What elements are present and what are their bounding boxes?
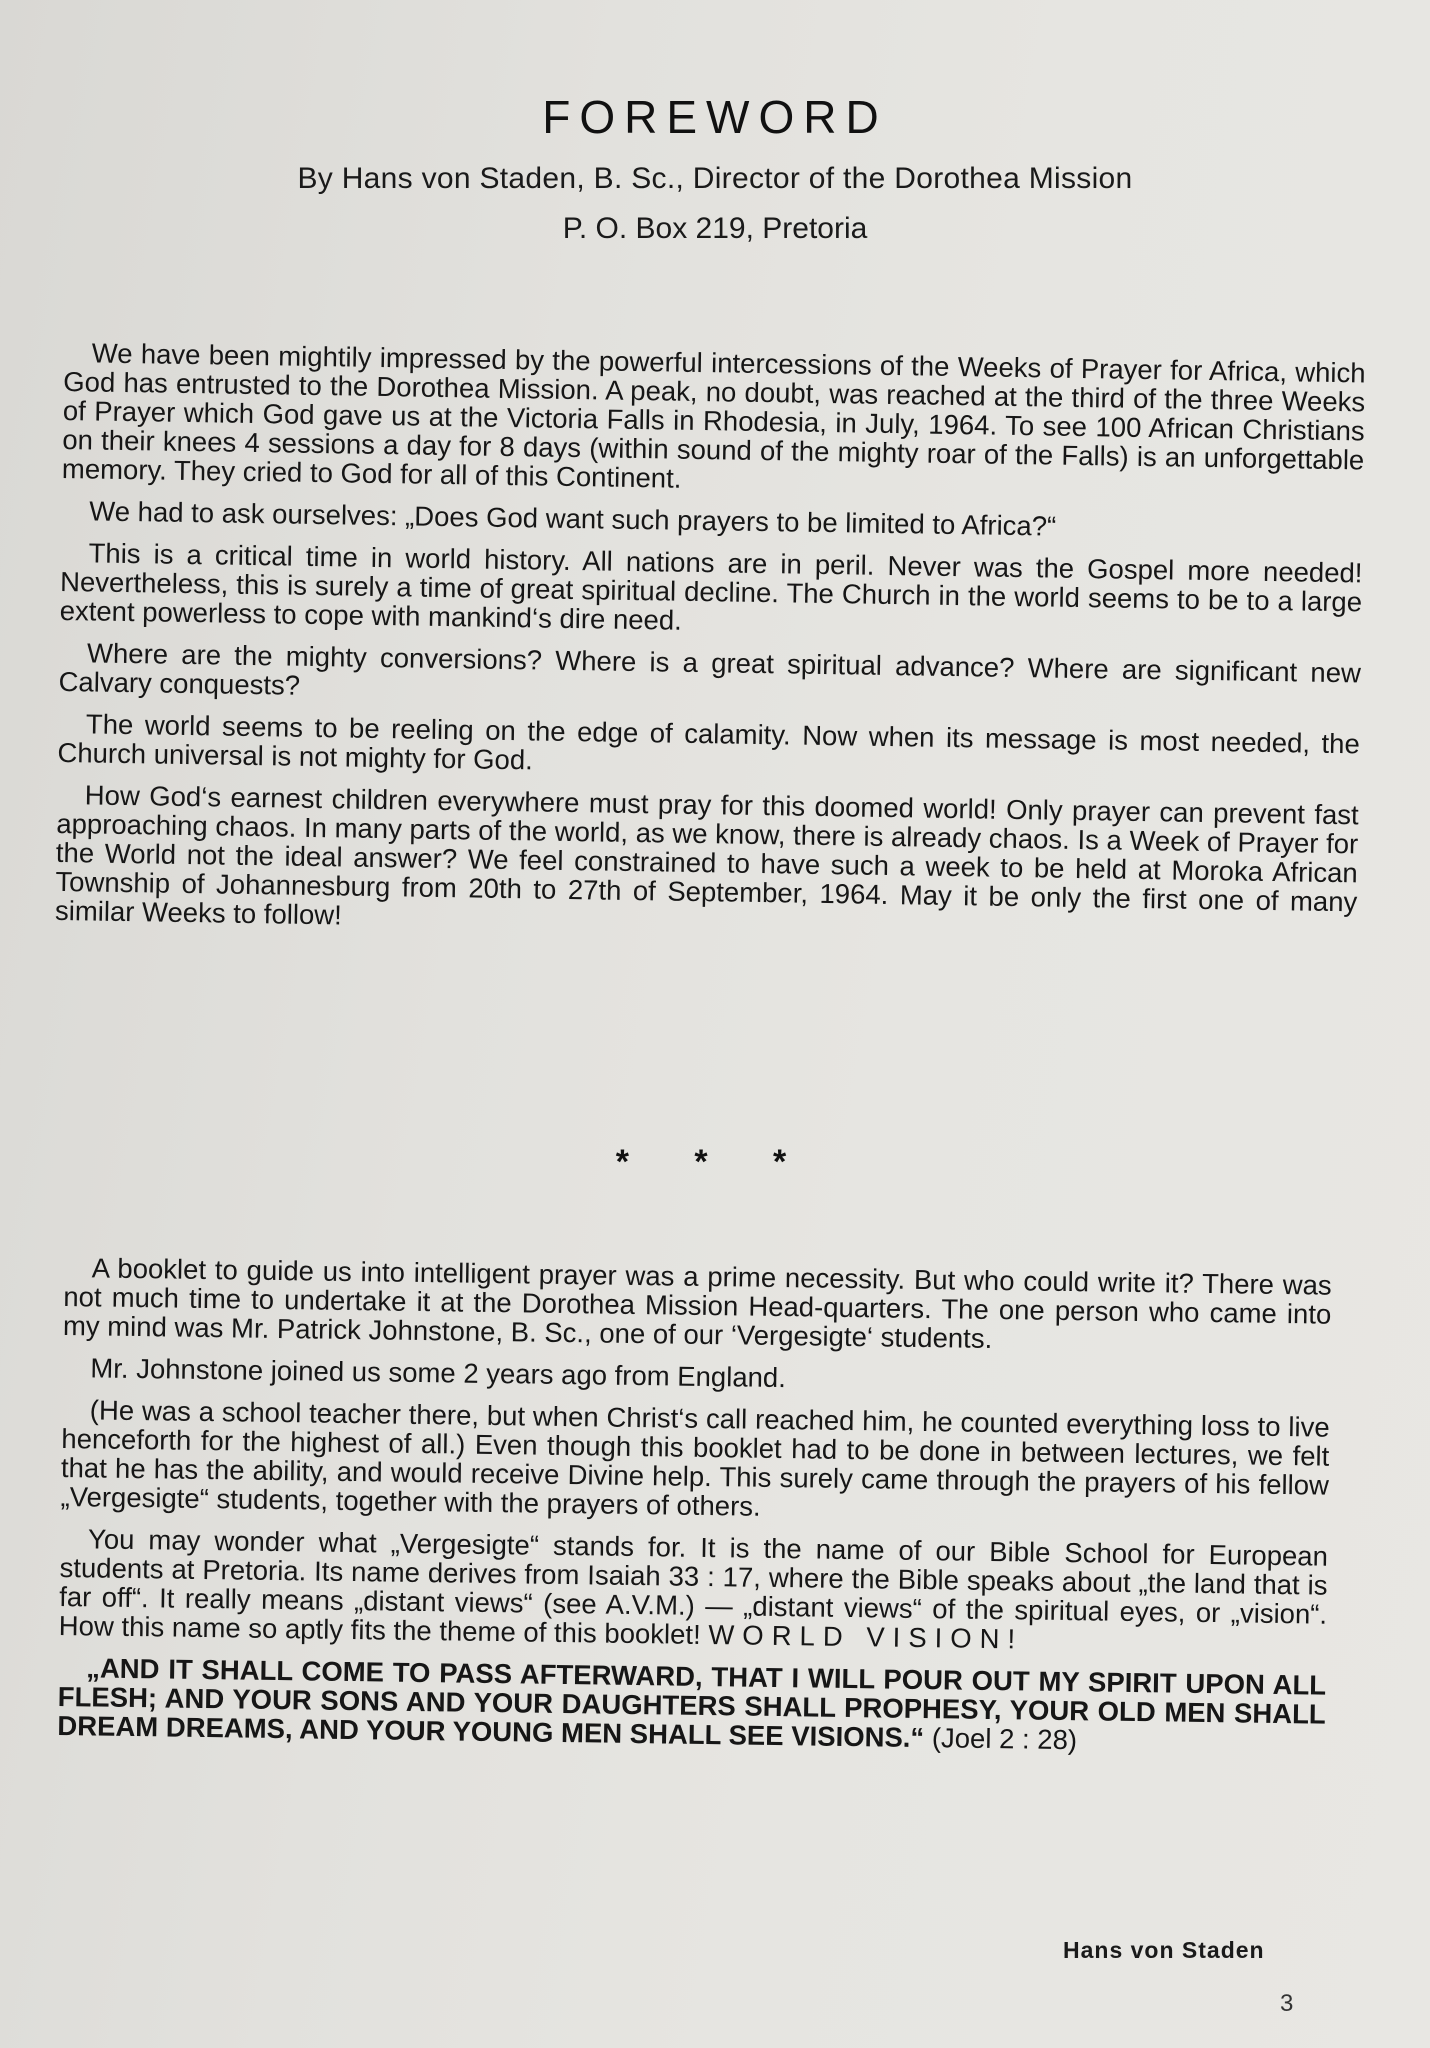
author-byline: By Hans von Staden, B. Sc., Director of … bbox=[0, 162, 1430, 196]
author-address: P. O. Box 219, Pretoria bbox=[0, 212, 1430, 246]
page-title: FOREWORD bbox=[0, 90, 1430, 144]
paragraph: We have been mightily impressed by the p… bbox=[62, 338, 1366, 503]
paragraph-text: You may wonder what „Vergesigte“ stands … bbox=[59, 1523, 1329, 1650]
verse-reference: (Joel 2 : 28) bbox=[932, 1722, 1078, 1755]
paragraph: A booklet to guide us into intelligent p… bbox=[63, 1253, 1332, 1358]
verse-text: „AND IT SHALL COME TO PASS AFTERWARD, TH… bbox=[57, 1652, 1326, 1753]
paragraph: How God‘s earnest children everywhere mu… bbox=[55, 780, 1359, 945]
paragraph: Where are the mighty conversions? Where … bbox=[58, 638, 1361, 716]
page-number: 3 bbox=[1280, 1990, 1293, 2018]
foreword-section-1: We have been mightily impressed by the p… bbox=[55, 338, 1366, 958]
section-separator: * * * bbox=[0, 1143, 1430, 1182]
signature: Hans von Staden bbox=[1063, 1937, 1265, 1964]
paragraph: (He was a school teacher there, but when… bbox=[60, 1395, 1329, 1529]
paragraph: This is a critical time in world history… bbox=[59, 538, 1362, 645]
paragraph: We had to ask ourselves: „Does God want … bbox=[61, 496, 1363, 545]
foreword-section-2: A booklet to guide us into intelligent p… bbox=[57, 1253, 1332, 1771]
scripture-quote: „AND IT SHALL COME TO PASS AFTERWARD, TH… bbox=[57, 1653, 1326, 1758]
vergesigte-paragraph: You may wonder what „Vergesigte“ stands … bbox=[59, 1524, 1328, 1658]
world-vision-text: WORLD VISION! bbox=[708, 1619, 1023, 1654]
paragraph: The world seems to be reeling on the edg… bbox=[57, 709, 1360, 787]
document-page: FOREWORD By Hans von Staden, B. Sc., Dir… bbox=[0, 0, 1430, 2048]
paragraph: Mr. Johnstone joined us some 2 years ago… bbox=[62, 1353, 1330, 1400]
